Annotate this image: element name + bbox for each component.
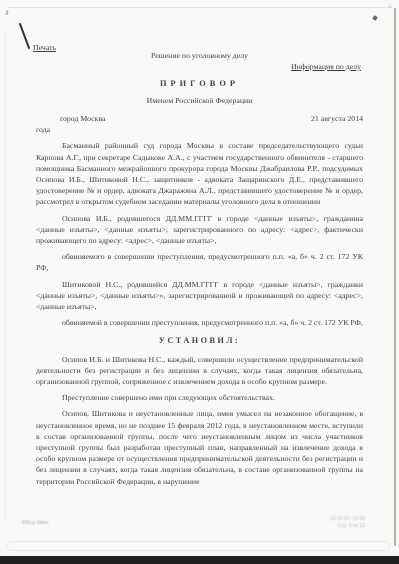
scan-artifact-star: ⁎ (388, 1, 392, 10)
page-bottom-edge-shadow (6, 541, 390, 551)
footer-artifact-left: МВнд Мвик (22, 520, 48, 526)
scan-artifact-top-right (372, 15, 377, 20)
ustanovil-heading: УСТАНОВИЛ: (36, 335, 363, 346)
window-bottom-bar (0, 556, 399, 564)
verdict-subtitle: Именем Российской Федерации (0, 96, 399, 105)
charge1-paragraph: обвиняемого в совершении преступления, п… (36, 251, 363, 273)
footer-page-number: Стр. 5 из 13 (330, 523, 365, 530)
footer-artifact-right: 12.40.57, 13.05 Стр. 5 из 13 (330, 516, 365, 529)
case-info-link[interactable]: Информация по делу (291, 62, 361, 71)
charge2-paragraph: обвиняемой в совершении преступления, пр… (36, 317, 363, 328)
defendant2-paragraph: Шитиковой Н.С., родившейся ДД.ММ.ГГГГ в … (36, 279, 363, 313)
case-type-label: Решение по уголовному делу (0, 51, 399, 60)
verdict-title: ПРИГОВОР (0, 79, 399, 88)
crime-description-paragraph: Осипов, Шитикова и неустановленные лица,… (36, 408, 363, 486)
intro-paragraph: Басманный районный суд города Москвы в с… (36, 140, 363, 207)
finding-paragraph: Осипов И.Б. и Шитикова Н.С., каждый, сов… (36, 354, 363, 388)
page-top-edge (8, 7, 393, 8)
document-page: ⁎ Печать Решение по уголовному делу Инфо… (0, 0, 399, 564)
document-body: город Москва 21 августа 2014 года Басман… (36, 113, 363, 492)
footer-timestamp: 12.40.57, 13.05 (330, 516, 365, 523)
defendant1-paragraph: Осипова И.Б., родившегося ДД.ММ.ГГГГ в г… (36, 213, 363, 247)
date-label: 21 августа 2014 (311, 113, 363, 124)
city-date-row: город Москва 21 августа 2014 (36, 113, 363, 124)
circumstances-lead-paragraph: Преступление совершено ими при следующих… (36, 392, 363, 403)
city-label: город Москва (36, 113, 106, 124)
page-right-edge (394, 8, 396, 546)
scan-artifact-top-left (5, 10, 8, 15)
date-tail-label: года (36, 124, 363, 135)
